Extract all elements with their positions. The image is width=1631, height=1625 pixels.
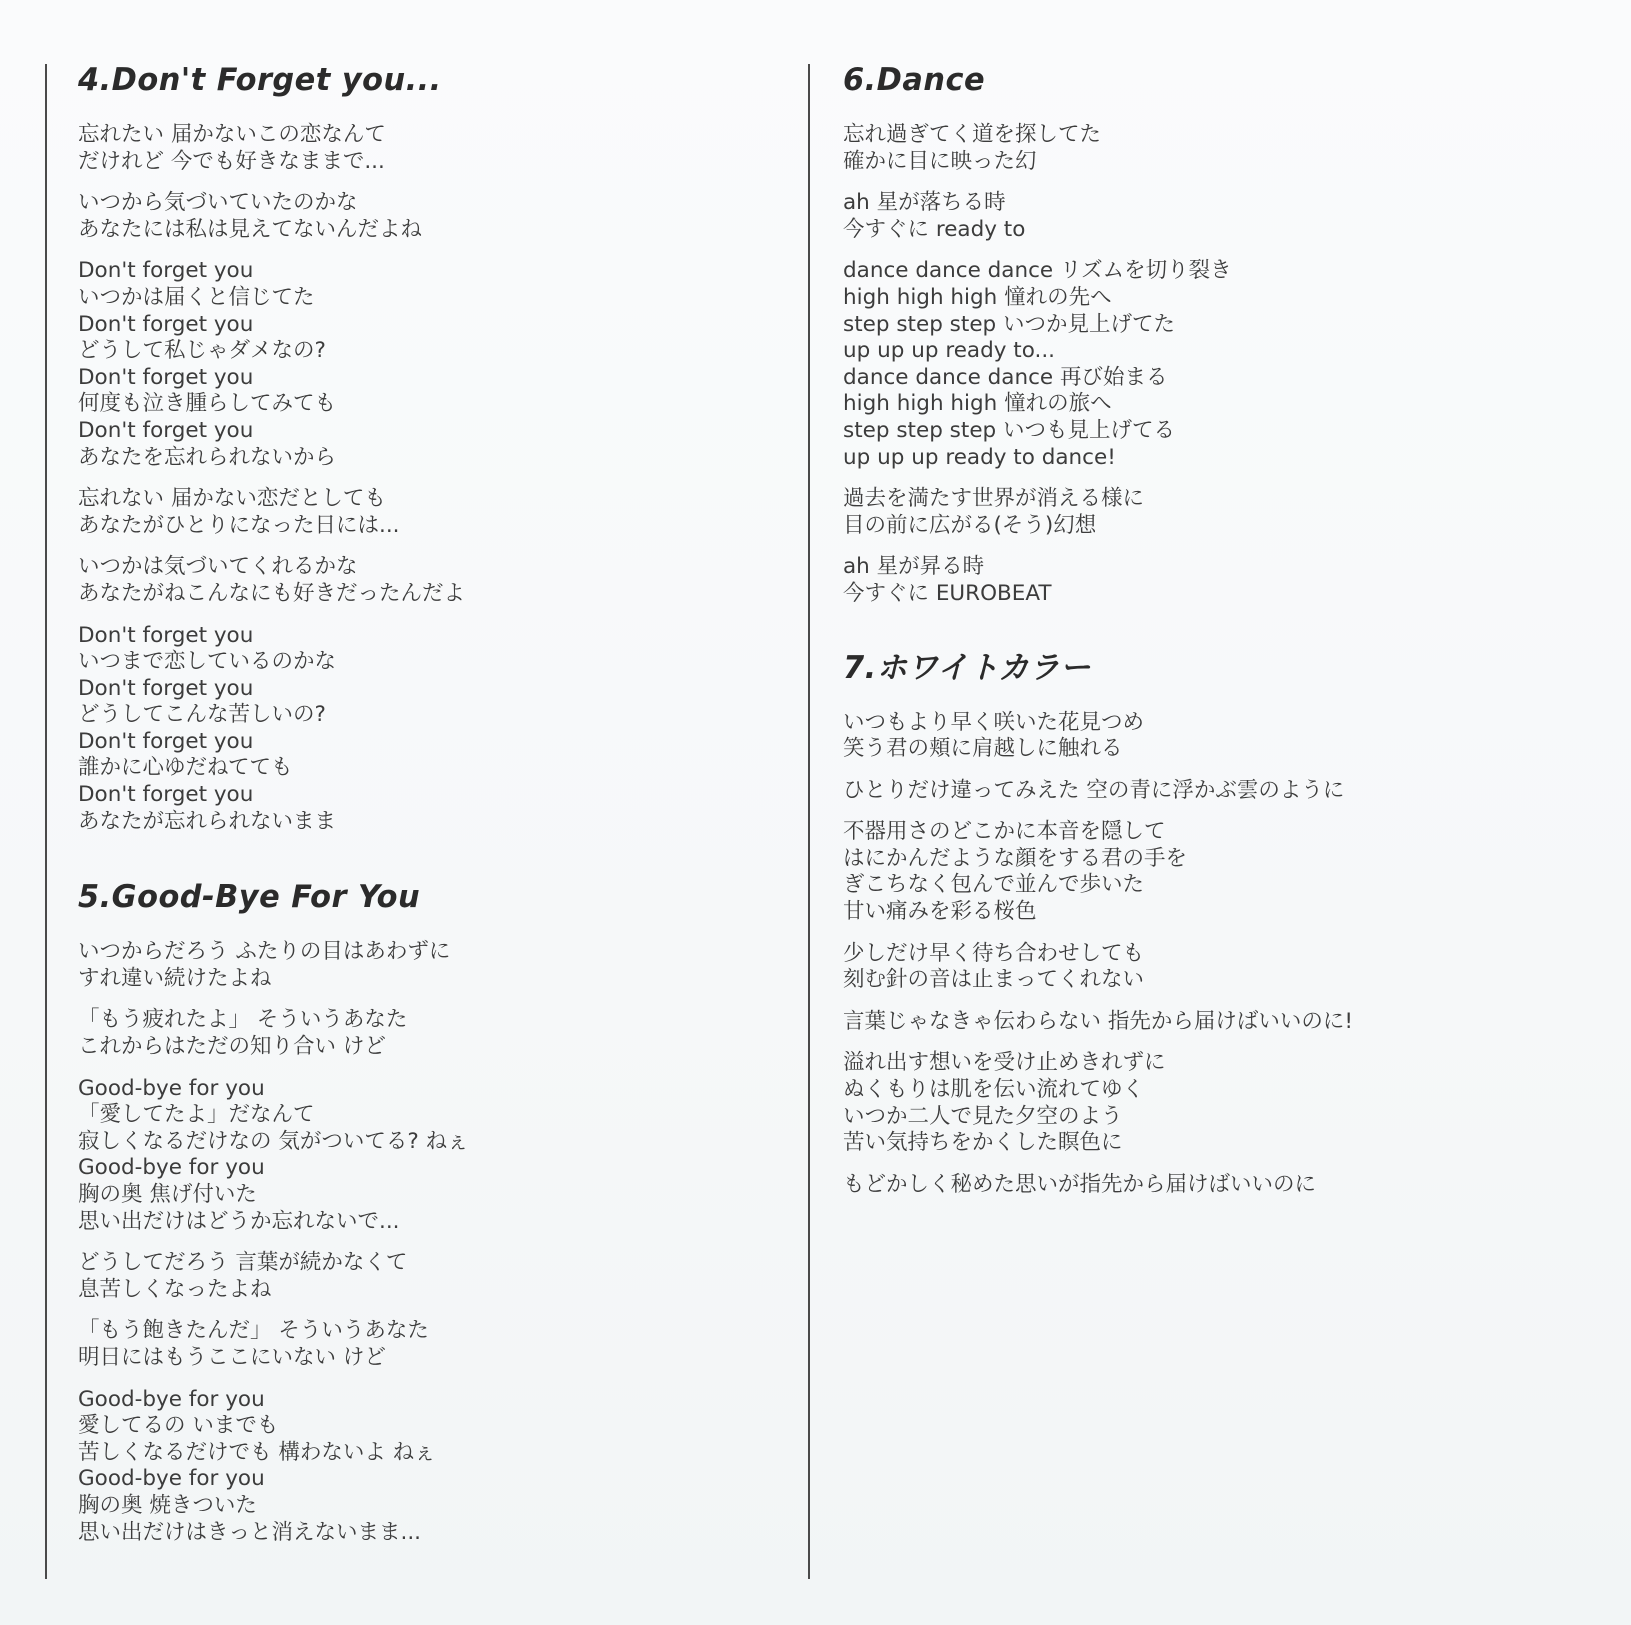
lyric-stanza: dance dance dance リズムを切り裂きhigh high high… xyxy=(843,258,1543,471)
lyric-line: 言葉じゃなきゃ伝わらない 指先から届けばいいのに! xyxy=(843,1009,1543,1036)
lyric-stanza: Good-bye for you愛してるの いまでも苦しくなるだけでも 構わない… xyxy=(78,1387,778,1547)
lyric-line: Don't forget you xyxy=(78,782,778,809)
lyric-line: 苦しくなるだけでも 構わないよ ねぇ xyxy=(78,1440,778,1467)
lyric-line: Don't forget you xyxy=(78,312,778,339)
lyric-line: いつからだろう ふたりの目はあわずに xyxy=(78,939,778,966)
lyric-stanza: いつからだろう ふたりの目はあわずにすれ違い続けたよね xyxy=(78,939,778,992)
lyric-line: Good-bye for you xyxy=(78,1076,778,1103)
lyric-line: dance dance dance リズムを切り裂き xyxy=(843,258,1543,285)
lyric-stanza: いつかは気づいてくれるかなあなたがねこんなにも好きだったんだよ xyxy=(78,554,778,607)
lyric-stanza: いつもより早く咲いた花見つめ笑う君の頬に肩越しに触れる xyxy=(843,710,1543,763)
lyric-line: あなたがねこんなにも好きだったんだよ xyxy=(78,581,778,608)
song-section: 6.Dance忘れ過ぎてく道を探してた確かに目に映った幻ah 星が落ちる時今すぐ… xyxy=(843,58,1543,608)
lyric-line: 苦い気持ちをかくした瞑色に xyxy=(843,1130,1543,1157)
lyric-line: どうしてこんな苦しいの? xyxy=(78,702,778,729)
lyric-line: Good-bye for you xyxy=(78,1155,778,1182)
lyric-line: Good-bye for you xyxy=(78,1387,778,1414)
lyric-stanza: 「もう飽きたんだ」 そういうあなた明日にはもうここにいない けど xyxy=(78,1318,778,1371)
lyric-line: 胸の奥 焦げ付いた xyxy=(78,1182,778,1209)
lyric-line: あなたには私は見えてないんだよね xyxy=(78,217,778,244)
lyric-line: ah 星が落ちる時 xyxy=(843,190,1543,217)
lyric-stanza: ひとりだけ違ってみえた 空の青に浮かぶ雲のように xyxy=(843,778,1543,805)
lyric-line: 今すぐに EUROBEAT xyxy=(843,581,1543,608)
song-title: 6.Dance xyxy=(843,58,1529,102)
song-title: 4.Don't Forget you... xyxy=(78,58,764,102)
lyric-stanza: どうしてだろう 言葉が続かなくて息苦しくなったよね xyxy=(78,1250,778,1303)
lyric-line: 胸の奥 焼きついた xyxy=(78,1493,778,1520)
lyric-stanza: Good-bye for you「愛してたよ」だなんて寂しくなるだけなの 気がつ… xyxy=(78,1076,778,1236)
lyric-line: Don't forget you xyxy=(78,258,778,285)
lyric-line: すれ違い続けたよね xyxy=(78,966,778,993)
lyric-line: いつまで恋しているのかな xyxy=(78,649,778,676)
lyric-line: 愛してるの いまでも xyxy=(78,1413,778,1440)
lyric-line: 息苦しくなったよね xyxy=(78,1277,778,1304)
lyric-stanza: 過去を満たす世界が消える様に目の前に広がる(そう)幻想 xyxy=(843,486,1543,539)
lyric-stanza: 「もう疲れたよ」 そういうあなたこれからはただの知り合い けど xyxy=(78,1007,778,1060)
lyric-line: high high high 憧れの先へ xyxy=(843,285,1543,312)
lyric-line: 思い出だけはきっと消えないまま... xyxy=(78,1520,778,1547)
lyric-stanza: 忘れ過ぎてく道を探してた確かに目に映った幻 xyxy=(843,122,1543,175)
lyric-line: どうして私じゃダメなの? xyxy=(78,338,778,365)
lyric-line: high high high 憧れの旅へ xyxy=(843,391,1543,418)
lyric-line: Don't forget you xyxy=(78,418,778,445)
song-section: 4.Don't Forget you...忘れたい 届かないこの恋なんてだけれど… xyxy=(78,58,778,835)
lyric-line: どうしてだろう 言葉が続かなくて xyxy=(78,1250,778,1277)
left-column-rule xyxy=(45,64,47,1579)
lyric-line: 寂しくなるだけなの 気がついてる? ねぇ xyxy=(78,1129,778,1156)
lyric-line: あなたを忘れられないから xyxy=(78,445,778,472)
lyric-line: 忘れ過ぎてく道を探してた xyxy=(843,122,1543,149)
lyric-line: 少しだけ早く待ち合わせしても xyxy=(843,941,1543,968)
lyric-line: いつもより早く咲いた花見つめ xyxy=(843,710,1543,737)
lyric-stanza: いつから気づいていたのかなあなたには私は見えてないんだよね xyxy=(78,190,778,243)
lyric-line: up up up ready to... xyxy=(843,338,1543,365)
left-column: 4.Don't Forget you...忘れたい 届かないこの恋なんてだけれど… xyxy=(78,58,778,1561)
lyric-line: 「愛してたよ」だなんて xyxy=(78,1102,778,1129)
right-column-rule xyxy=(808,64,810,1579)
lyric-line: Don't forget you xyxy=(78,623,778,650)
lyric-line: 明日にはもうここにいない けど xyxy=(78,1345,778,1372)
lyric-stanza: Don't forget youいつかは届くと信じてたDon't forget … xyxy=(78,258,778,471)
lyric-line: 「もう飽きたんだ」 そういうあなた xyxy=(78,1318,778,1345)
lyric-stanza: 言葉じゃなきゃ伝わらない 指先から届けばいいのに! xyxy=(843,1009,1543,1036)
lyric-line: 不器用さのどこかに本音を隠して xyxy=(843,819,1543,846)
lyric-line: dance dance dance 再び始まる xyxy=(843,365,1543,392)
lyric-stanza: 溢れ出す想いを受け止めきれずにぬくもりは肌を伝い流れてゆくいつか二人で見た夕空の… xyxy=(843,1050,1543,1156)
lyric-line: ぬくもりは肌を伝い流れてゆく xyxy=(843,1077,1543,1104)
lyric-stanza: 少しだけ早く待ち合わせしても刻む針の音は止まってくれない xyxy=(843,941,1543,994)
lyric-line: もどかしく秘めた思いが指先から届けばいいのに xyxy=(843,1172,1543,1199)
lyric-line: 甘い痛みを彩る桜色 xyxy=(843,899,1543,926)
lyric-stanza: 忘れない 届かない恋だとしてもあなたがひとりになった日には... xyxy=(78,486,778,539)
lyric-stanza: もどかしく秘めた思いが指先から届けばいいのに xyxy=(843,1172,1543,1199)
lyric-line: 忘れない 届かない恋だとしても xyxy=(78,486,778,513)
lyric-line: 「もう疲れたよ」 そういうあなた xyxy=(78,1007,778,1034)
lyric-line: いつかは届くと信じてた xyxy=(78,285,778,312)
lyric-line: 今すぐに ready to xyxy=(843,217,1543,244)
lyric-line: いつから気づいていたのかな xyxy=(78,190,778,217)
lyric-stanza: 忘れたい 届かないこの恋なんてだけれど 今でも好きなままで... xyxy=(78,122,778,175)
lyric-line: あなたが忘れられないまま xyxy=(78,809,778,836)
right-column: 6.Dance忘れ過ぎてく道を探してた確かに目に映った幻ah 星が落ちる時今すぐ… xyxy=(843,58,1543,1213)
lyric-line: 忘れたい 届かないこの恋なんて xyxy=(78,122,778,149)
lyric-stanza: ah 星が昇る時今すぐに EUROBEAT xyxy=(843,554,1543,607)
song-section: 5.Good-Bye For Youいつからだろう ふたりの目はあわずにすれ違い… xyxy=(78,875,778,1546)
lyrics-booklet-page: 4.Don't Forget you...忘れたい 届かないこの恋なんてだけれど… xyxy=(0,0,1631,1625)
lyric-line: 思い出だけはどうか忘れないで... xyxy=(78,1209,778,1236)
lyric-line: Don't forget you xyxy=(78,676,778,703)
lyric-line: ah 星が昇る時 xyxy=(843,554,1543,581)
lyric-line: いつか二人で見た夕空のよう xyxy=(843,1104,1543,1131)
lyric-line: 溢れ出す想いを受け止めきれずに xyxy=(843,1050,1543,1077)
lyric-line: step step step いつか見上げてた xyxy=(843,312,1543,339)
lyric-line: step step step いつも見上げてる xyxy=(843,418,1543,445)
lyric-stanza: Don't forget youいつまで恋しているのかなDon't forget… xyxy=(78,623,778,836)
song-title: 5.Good-Bye For You xyxy=(78,875,764,919)
lyric-line: 目の前に広がる(そう)幻想 xyxy=(843,513,1543,540)
lyric-line: Don't forget you xyxy=(78,729,778,756)
lyric-line: ひとりだけ違ってみえた 空の青に浮かぶ雲のように xyxy=(843,778,1543,805)
lyric-stanza: ah 星が落ちる時今すぐに ready to xyxy=(843,190,1543,243)
lyric-line: これからはただの知り合い けど xyxy=(78,1034,778,1061)
lyric-line: 確かに目に映った幻 xyxy=(843,149,1543,176)
lyric-line: 過去を満たす世界が消える様に xyxy=(843,486,1543,513)
lyric-line: 何度も泣き腫らしてみても xyxy=(78,391,778,418)
lyric-line: 笑う君の頬に肩越しに触れる xyxy=(843,736,1543,763)
lyric-line: 刻む針の音は止まってくれない xyxy=(843,967,1543,994)
song-section: 7.ホワイトカラーいつもより早く咲いた花見つめ笑う君の頬に肩越しに触れるひとりだ… xyxy=(843,646,1543,1199)
song-title: 7.ホワイトカラー xyxy=(843,646,1529,690)
lyric-line: 誰かに心ゆだねてても xyxy=(78,755,778,782)
lyric-line: あなたがひとりになった日には... xyxy=(78,513,778,540)
lyric-stanza: 不器用さのどこかに本音を隠してはにかんだような顔をする君の手をぎこちなく包んで並… xyxy=(843,819,1543,925)
lyric-line: いつかは気づいてくれるかな xyxy=(78,554,778,581)
lyric-line: up up up ready to dance! xyxy=(843,445,1543,472)
lyric-line: だけれど 今でも好きなままで... xyxy=(78,149,778,176)
lyric-line: ぎこちなく包んで並んで歩いた xyxy=(843,872,1543,899)
lyric-line: Don't forget you xyxy=(78,365,778,392)
lyric-line: はにかんだような顔をする君の手を xyxy=(843,846,1543,873)
lyric-line: Good-bye for you xyxy=(78,1466,778,1493)
